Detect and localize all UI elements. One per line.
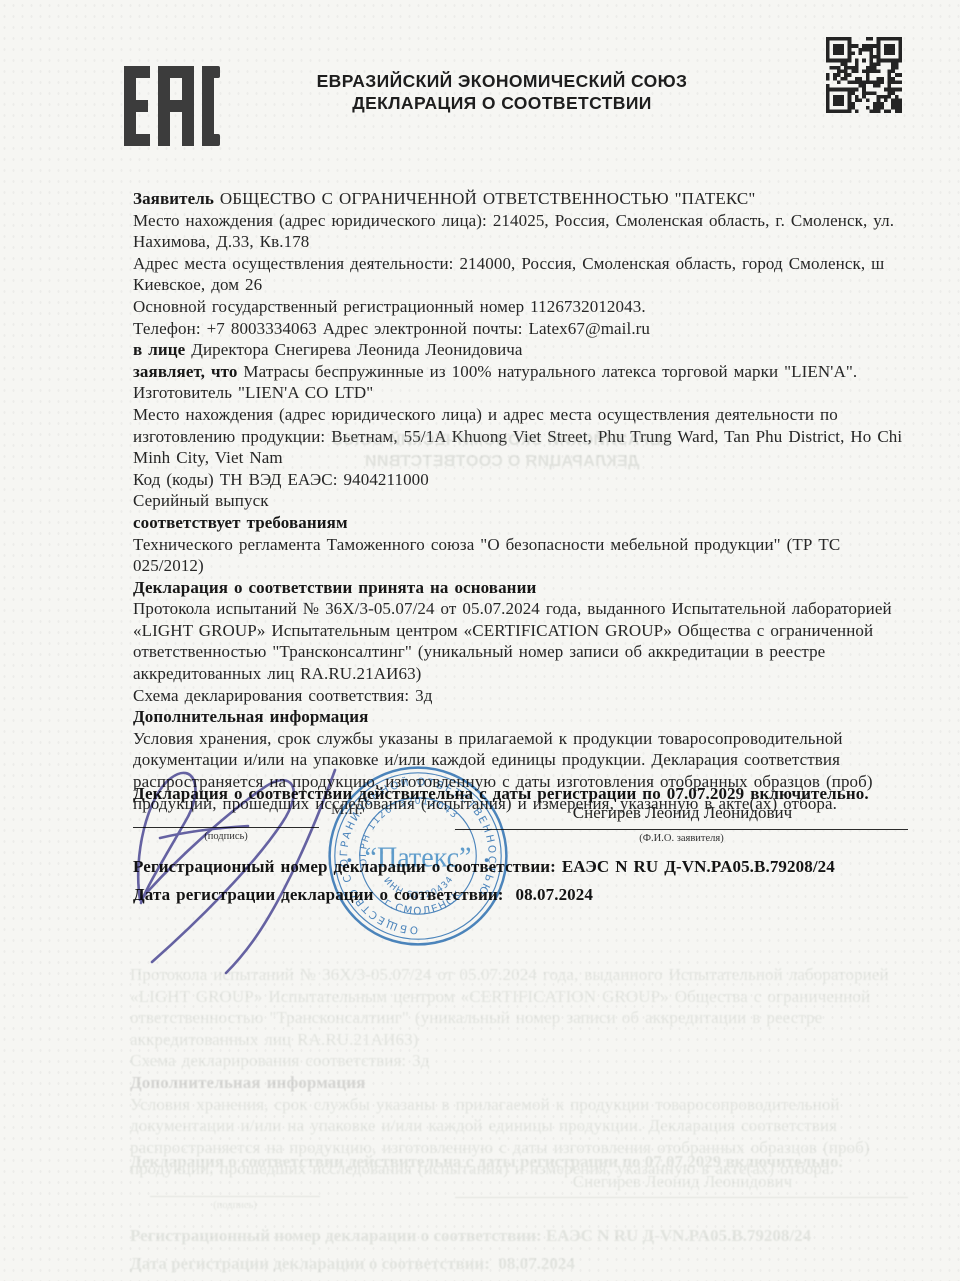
registration-date-value: 08.07.2024 (515, 885, 593, 904)
body-line: Дополнительная информация (133, 706, 913, 728)
body-line: ответственностью "Трансконсалтинг" (уник… (130, 1007, 889, 1029)
body-line: 025/2012) (133, 555, 913, 577)
body-line: в лице Директора Снегирева Леонида Леони… (133, 339, 913, 361)
body-line: Нахимова, Д.33, Кв.178 (133, 231, 913, 253)
body-line: продукции, прошедших исследования (испыт… (130, 1158, 889, 1180)
body-line: соответствует требованиям (133, 512, 913, 534)
body-line: Место нахождения (адрес юридического лиц… (133, 210, 913, 232)
eac-logo (124, 64, 220, 148)
body-line: документации и/или на упаковке и/или каж… (130, 1115, 889, 1137)
body-line: Заявитель ОБЩЕСТВО С ОГРАНИЧЕННОЙ ОТВЕТС… (133, 188, 913, 210)
signature-line (133, 827, 319, 828)
document-body: Заявитель ОБЩЕСТВО С ОГРАНИЧЕННОЙ ОТВЕТС… (133, 188, 913, 814)
body-line: аккредитованных лиц RA.RU.21АИ63) (130, 1029, 889, 1051)
body-line: Место нахождения (адрес юридического лиц… (133, 404, 913, 426)
body-line: изготовлению продукции: Вьетнам, 55/1A K… (133, 426, 913, 448)
body-line: Условия хранения, срок службы указаны в … (130, 1094, 889, 1116)
registration-number-value: ЕАЭС N RU Д-VN.PA05.B.79208/24 (562, 857, 835, 876)
applicant-name-line (455, 829, 908, 830)
body-line: Киевское, дом 26 (133, 274, 913, 296)
declaration-document: ЕВРАЗИЙСКИЙ ЭКОНОМИЧЕСКИЙ СОЮЗ ДЕКЛАРАЦИ… (0, 0, 960, 1281)
body-line: Изготовитель "LIEN'A CO LTD" (133, 382, 913, 404)
signature-caption: (подпись) (133, 831, 319, 842)
applicant-name: Снегирев Леонид Леонидович (455, 803, 910, 823)
body-line: Технического регламента Таможенного союз… (133, 534, 913, 556)
title-line-1: ЕВРАЗИЙСКИЙ ЭКОНОМИЧЕСКИЙ СОЮЗ (240, 70, 764, 92)
document-title: ЕВРАЗИЙСКИЙ ЭКОНОМИЧЕСКИЙ СОЮЗ ДЕКЛАРАЦИ… (240, 70, 764, 114)
title-line-2: ДЕКЛАРАЦИЯ О СООТВЕТСТВИИ (240, 92, 764, 114)
body-line: Протокола испытаний № 36Х/3-05.07/24 от … (133, 598, 913, 620)
body-line: документации и/или на упаковке и/или каж… (133, 749, 913, 771)
body-line: распространяется на продукцию, изготовле… (130, 1137, 889, 1159)
body-line: Декларация о соответствии принята на осн… (133, 577, 913, 599)
body-line: аккредитованных лиц RA.RU.21АИ63) (133, 663, 913, 685)
qr-code (826, 37, 902, 113)
body-line: Условия хранения, срок службы указаны в … (133, 728, 913, 750)
body-line: Дополнительная информация (130, 1072, 889, 1094)
body-line: Minh City, Viet Nam (133, 447, 913, 469)
applicant-name-caption: (Ф.И.О. заявителя) (455, 833, 908, 844)
body-line: Схема декларирования соответствия: 3д (130, 1050, 889, 1072)
stamp-center-text: “Патекс” (364, 842, 471, 873)
body-line: Адрес места осуществления деятельности: … (133, 253, 913, 275)
body-line: Код (коды) ТН ВЭД ЕАЭС: 9404211000 (133, 469, 913, 491)
body-line: Основной государственный регистрационный… (133, 296, 913, 318)
body-line: ответственностью "Трансконсалтинг" (уник… (133, 641, 913, 663)
body-line: Телефон: +7 8003334063 Адрес электронной… (133, 318, 913, 340)
body-line: Протокола испытаний № 36Х/3-05.07/24 от … (130, 964, 889, 986)
body-line: Серийный выпуск (133, 490, 913, 512)
body-line: Схема декларирования соответствия: 3д (133, 685, 913, 707)
body-line: «LIGHT GROUP» Испытательным центром «CER… (130, 986, 889, 1008)
body-line: «LIGHT GROUP» Испытательным центром «CER… (133, 620, 913, 642)
company-stamp: ОБЩЕСТВО С ОГРАНИЧЕННОЙ ОТВЕТСТВЕННОСТЬЮ… (314, 752, 522, 960)
body-line: заявляет, что Матрасы беспружинные из 10… (133, 361, 913, 383)
